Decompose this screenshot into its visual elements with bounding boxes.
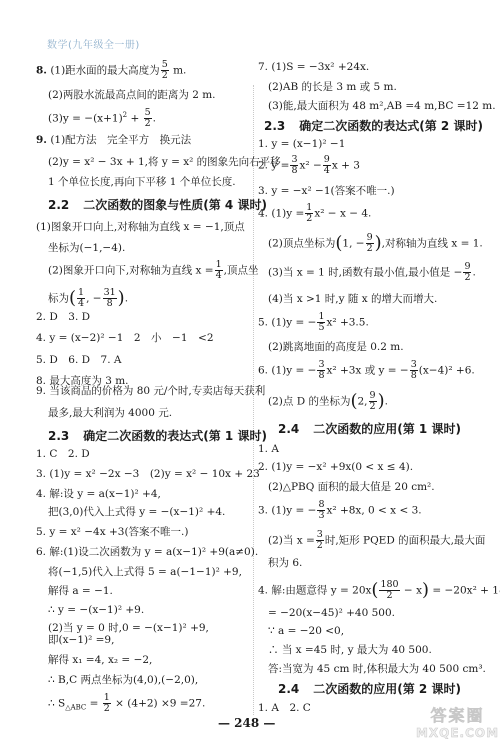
denominator: 2: [161, 71, 169, 81]
answer-text: x² − x − 4.: [314, 208, 371, 220]
denominator: 8: [103, 299, 117, 309]
fraction: 318: [103, 288, 117, 309]
s24a-answer-2-part2: (2)△PBQ 面积的最大值是 20 cm².: [268, 480, 435, 494]
answer-7-part3: (3)能,最大面积为 48 m²,AB =4 m,BC =12 m.: [268, 99, 496, 113]
denominator: 2: [463, 273, 471, 283]
watermark-logo: 答案圈 MXQE.COM: [415, 703, 500, 749]
answer-text: − x: [401, 585, 422, 597]
s24a-answer-4-line4: ∴ 当 x =45 时, y 最大为 40 500.: [268, 643, 432, 657]
answer-8-part2: (2)两股水流最高点间的距离为 2 m.: [48, 88, 216, 102]
watermark-text: 答案圈: [415, 703, 500, 726]
denominator: 8: [290, 166, 298, 176]
denominator: 2: [369, 402, 377, 412]
coordinate: 2,: [358, 396, 368, 408]
answer-8-part1: 8. (1)距水面的最大高度为52 m.: [36, 60, 186, 81]
s22-answer-4: 4. y = (x−2)² −1 2 小 −1 <2: [36, 331, 214, 345]
answer-7-part2: (2)AB 的长是 3 m 或 5 m.: [268, 80, 397, 94]
s23b-answer-5-part1: 5. (1)y = −15x² +3.5.: [258, 312, 369, 333]
denominator: 5: [317, 323, 325, 333]
fraction: 38: [317, 360, 325, 381]
answer-9-part1: 9. (1)配方法 完全平方 换元法: [36, 133, 191, 147]
fraction: 38: [290, 155, 298, 176]
answer-text: 4. (1)y =: [258, 208, 304, 220]
section-number: 2.3: [264, 119, 285, 133]
fraction: 94: [323, 155, 331, 176]
section-heading-2-4-lesson2: 2.4二次函数的应用(第 2 课时): [278, 680, 461, 697]
answer-text: x² −: [299, 160, 321, 172]
s23a-answer-6-line1: 6. 解:(1)设二次函数为 y = a(x−1)² +9(a≠0).: [36, 545, 258, 559]
fraction: 14: [77, 288, 85, 309]
column-divider: [253, 85, 254, 715]
unit: m.: [173, 65, 186, 77]
s23a-answer-6-line8: ∴ B,C 两点坐标为(4,0),(−2,0),: [48, 673, 198, 687]
s23b-answer-4-part4: (4)当 x >1 时,y 随 x 的增大而增大.: [268, 292, 437, 306]
s23a-answer-6-line7: 解得 x₁ =4, x₂ = −2,: [48, 653, 152, 667]
denominator: 4: [323, 166, 331, 176]
punctuation: .: [125, 293, 128, 305]
coordinate: 1, −: [342, 238, 364, 250]
answer-text: 6. (1)y = −: [258, 365, 316, 377]
answer-8-part3: (3)y = −(x+1)2 + 52.: [48, 108, 156, 129]
denominator: 2: [144, 119, 152, 129]
s22-answer-1-part2: (2)图象开口向下,对称轴为直线 x =14,顶点坐: [48, 260, 259, 281]
fraction: 14: [215, 260, 223, 281]
s23a-answers-1-2: 1. C 2. D: [36, 447, 90, 461]
answer-9-part3: 1 个单位长度,再向下平移 1 个单位长度.: [48, 175, 236, 189]
s24a-answer-4-line3: ∵ a = −20 <0,: [268, 624, 344, 638]
denominator: 8: [410, 371, 418, 381]
equation: (3)y = −(x+1): [48, 113, 123, 125]
answer-text: x² +8x, 0 < x < 3.: [326, 505, 421, 517]
denominator: 2: [103, 704, 111, 714]
punctuation: .: [153, 113, 156, 125]
s22-answer-1-part1: (1)图象开口向上,对称轴为直线 x = −1,顶点: [36, 220, 245, 234]
answer-text: (2)图象开口向下,对称轴为直线 x =: [48, 265, 214, 277]
section-title: 确定二次函数的表达式(第 1 课时): [83, 429, 267, 443]
s23a-answer-3: 3. (1)y = x² −2x −3 (2)y = x² − 10x + 23: [36, 467, 260, 481]
denominator: 8: [317, 371, 325, 381]
answer-text: 5. (1)y = −: [258, 317, 316, 329]
answer-text: = −20x² + 1800x: [429, 585, 500, 597]
s23b-answer-4-part3: (3)当 x = 1 时,函数有最小值,最小值是 −92.: [268, 262, 476, 283]
s23a-answer-6-line6: 即(x−1)² =9,: [48, 633, 114, 647]
answer-text: ∴ S: [48, 698, 65, 710]
answer-text: (3)当 x = 1 时,函数有最小值,最小值是 −: [268, 267, 462, 279]
s24a-answer-1: 1. A: [258, 442, 279, 456]
answer-text: (2)当 x =: [268, 535, 315, 547]
s23a-answer-5: 5. y = x² −4x +3(答案不唯一.): [36, 525, 188, 539]
s22-answer-1-part2b: 标为(14, −318).: [48, 288, 128, 309]
section-title: 确定二次函数的表达式(第 2 课时): [299, 119, 483, 133]
section-heading-2-3-lesson2: 2.3确定二次函数的表达式(第 2 课时): [264, 117, 483, 134]
answer-text: (2)顶点坐标为: [268, 238, 335, 250]
fraction: 1802: [379, 580, 399, 601]
answer-text: 2. y =: [258, 160, 289, 172]
separator: , −: [86, 293, 101, 305]
section-heading-2-4-lesson1: 2.4二次函数的应用(第 1 课时): [278, 420, 461, 437]
answer-text: 标为: [48, 293, 69, 305]
fraction: 38: [410, 360, 418, 381]
subscript: △ABC: [65, 704, 86, 712]
answer-text: 时,矩形 PQED 的面积最大,最大面: [325, 535, 486, 547]
fraction: 15: [317, 312, 325, 333]
denominator: 4: [77, 299, 85, 309]
s23b-answer-2: 2. y =38x² −94x + 3: [258, 155, 360, 176]
fraction: 83: [317, 500, 325, 521]
s23b-answer-4-part1: 4. (1)y =12x² − x − 4.: [258, 203, 371, 224]
section-title: 二次函数的应用(第 2 课时): [313, 682, 461, 696]
section-number: 2.3: [48, 429, 69, 443]
answer-text: (1)配方法 完全平方 换元法: [50, 134, 191, 146]
s23b-answer-1: 1. y = (x−1)² −1: [258, 137, 345, 151]
denominator: 2: [379, 591, 399, 601]
s23b-answer-4-part2: (2)顶点坐标为(1, −92),对称轴为直线 x = 1.: [268, 233, 483, 254]
section-number: 2.2: [48, 198, 69, 212]
s24a-answer-3-part3: 积为 6.: [268, 556, 302, 570]
answer-9-part2: (2)y = x² − 3x + 1,将 y = x² 的图象先向右平移: [48, 155, 281, 169]
answer-text: 3. (1)y = −: [258, 505, 316, 517]
answer-text: ,对称轴为直线 x = 1.: [382, 238, 483, 250]
section-number: 2.4: [278, 682, 299, 696]
fraction: 52: [144, 108, 152, 129]
answer-text: × (4+2) ×9 =27.: [112, 698, 205, 710]
s23a-answer-6-line2: 将(−1,5)代入上式得 5 = a(−1−1)² +9,: [48, 565, 242, 579]
fraction: 12: [305, 203, 313, 224]
answer-text: (x−4)² +6.: [419, 365, 475, 377]
s23b-answer-5-part2: (2)跳离地面的高度是 0.2 m.: [268, 340, 404, 354]
section-heading-2-3-lesson1: 2.3确定二次函数的表达式(第 1 课时): [48, 427, 267, 444]
watermark-url: MXQE.COM: [415, 726, 500, 740]
s23b-answer-6-part1: 6. (1)y = −38x² +3x 或 y = −38(x−4)² +6.: [258, 360, 475, 381]
s23a-answer-4-part1: 4. 解:设 y = a(x−1)² +4,: [36, 487, 161, 501]
s24a-answer-2-part1: 2. (1)y = −x² +9x(0 < x ≤ 4).: [258, 460, 413, 474]
s23a-answer-6-line3: 解得 a = −1.: [48, 584, 113, 598]
s24a-answer-3-part2: (2)当 x =32时,矩形 PQED 的面积最大,最大面: [268, 530, 485, 551]
answer-text: x² +3.5.: [326, 317, 368, 329]
s24b-answers-1-2: 1. A 2. C: [258, 701, 311, 715]
answer-text: x + 3: [332, 160, 360, 172]
s22-answers-5-7: 5. D 6. D 7. A: [36, 353, 122, 367]
punctuation: .: [385, 396, 388, 408]
page-number: — 248 —: [218, 716, 275, 730]
section-title: 二次函数的应用(第 1 课时): [313, 422, 461, 436]
answer-text: x² +3x 或 y = −: [326, 365, 408, 377]
s23b-answer-3: 3. y = −x² −1(答案不唯一.): [258, 184, 395, 198]
question-number: 8.: [36, 65, 47, 77]
punctuation: .: [472, 267, 475, 279]
denominator: 2: [366, 244, 374, 254]
running-header: 数学(九年级全一册): [47, 36, 140, 51]
denominator: 4: [215, 271, 223, 281]
s22-answers-2-3: 2. D 3. D: [36, 310, 90, 324]
fraction: 52: [161, 60, 169, 81]
fraction: 32: [316, 530, 324, 551]
s22-answer-1-part1b: 坐标为(−1,−4).: [48, 241, 125, 255]
denominator: 3: [317, 511, 325, 521]
s23a-answer-6-line9: ∴ S△ABC = 12 × (4+2) ×9 =27.: [48, 693, 205, 715]
s24a-answer-4-line2: = −20(x−45)² +40 500.: [268, 606, 395, 620]
fraction: 12: [103, 693, 111, 714]
s23a-answer-4-part2: 把(3,0)代入上式得 y = −(x−1)² +4.: [48, 505, 225, 519]
s24a-answer-4-line5: 答:当宽为 45 cm 时,体积最大为 40 500 cm³.: [268, 662, 486, 676]
fraction: 92: [366, 233, 374, 254]
denominator: 2: [316, 541, 324, 551]
s22-answer-9-part2: 最多,最大利润为 4000 元.: [48, 406, 172, 420]
s24a-answer-4-line1: 4. 解:由题意得 y = 20x(1802 − x) = −20x² + 18…: [258, 580, 500, 601]
section-number: 2.4: [278, 422, 299, 436]
section-title: 二次函数的图象与性质(第 4 课时): [83, 198, 267, 212]
answer-text: (2)点 D 的坐标为: [268, 396, 350, 408]
question-number: 9.: [36, 134, 47, 146]
answer-7-part1: 7. (1)S = −3x² +24x.: [258, 60, 369, 74]
operator: =: [86, 698, 101, 710]
fraction: 92: [369, 391, 377, 412]
s24a-answer-3-part1: 3. (1)y = −83x² +8x, 0 < x < 3.: [258, 500, 422, 521]
section-heading-2-2: 2.2二次函数的图象与性质(第 4 课时): [48, 196, 267, 213]
s23b-answer-6-part2: (2)点 D 的坐标为(2,92).: [268, 391, 388, 412]
fraction: 92: [463, 262, 471, 283]
document-page: 数学(九年级全一册) 8. (1)距水面的最大高度为52 m. (2)两股水流最…: [0, 0, 500, 749]
s23a-answer-6-line4: ∴ y = −(x−1)² +9.: [48, 603, 144, 617]
answer-text: 4. 解:由题意得 y = 20x: [258, 585, 371, 597]
operator: +: [127, 113, 142, 125]
denominator: 2: [305, 214, 313, 224]
answer-text: ,顶点坐: [224, 265, 259, 277]
s22-answer-9-part1: 9. 当该商品的价格为 80 元/个时,专卖店每天获利: [36, 384, 265, 398]
answer-text: (1)距水面的最大高度为: [50, 65, 159, 77]
